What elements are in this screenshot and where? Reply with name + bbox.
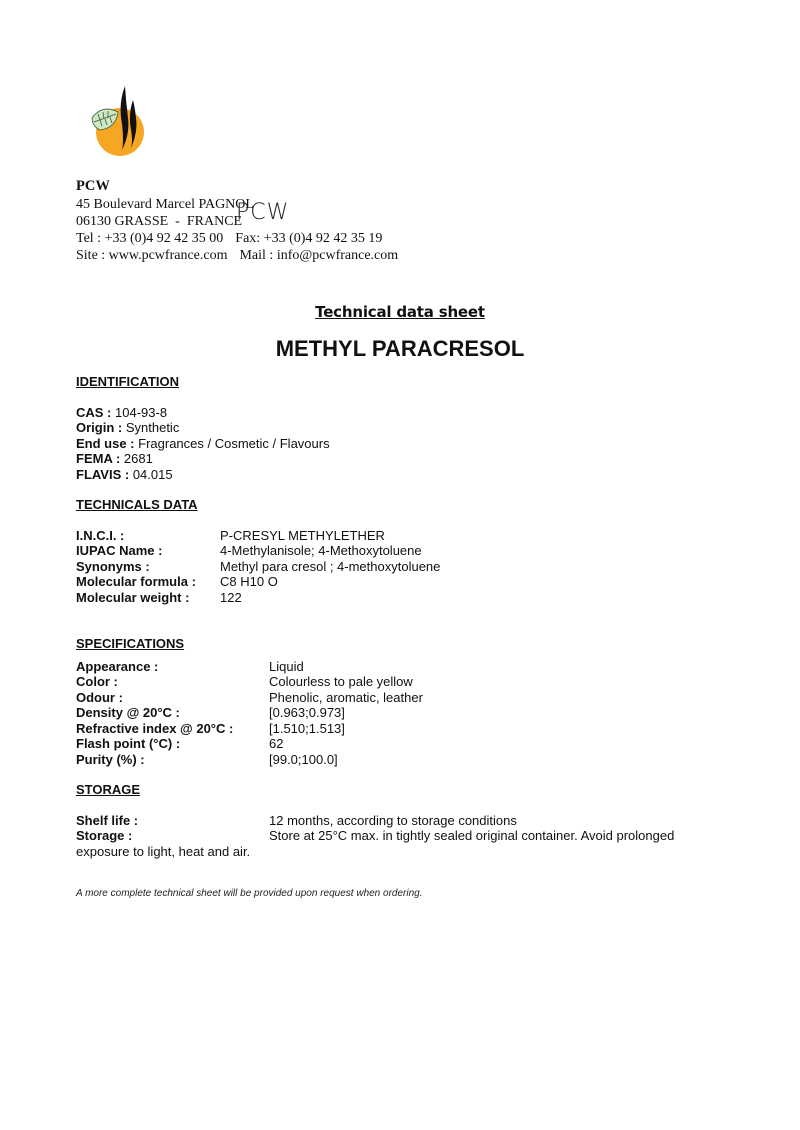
company-name: PCW: [76, 178, 398, 195]
table-row: Synonyms :Methyl para cresol ; 4-methoxy…: [76, 559, 440, 575]
company-logo: PCW: [88, 84, 218, 160]
footnote: A more complete technical sheet will be …: [76, 888, 423, 899]
phone-fax-line: Tel : +33 (0)4 92 42 35 00Fax: +33 (0)4 …: [76, 230, 398, 247]
storage-continuation: exposure to light, heat and air.: [76, 844, 716, 860]
field-value: Methyl para cresol ; 4-methoxytoluene: [220, 559, 440, 575]
field-value: P-CRESYL METHYLETHER: [220, 528, 385, 544]
address-line-2: 06130 GRASSE - FRANCE: [76, 213, 398, 230]
fax: Fax: +33 (0)4 92 42 35 19: [235, 231, 382, 246]
field-value: Phenolic, aromatic, leather: [269, 690, 423, 706]
section-title: IDENTIFICATION: [76, 374, 330, 390]
email-link[interactable]: Mail : info@pcwfrance.com: [239, 248, 398, 263]
field-value: 122: [220, 590, 242, 606]
section-title: STORAGE: [76, 782, 716, 798]
field-label: Refractive index @ 20°C :: [76, 721, 269, 737]
field-value: 12 months, according to storage conditio…: [269, 813, 517, 829]
field-value: 04.015: [133, 467, 173, 483]
table-row: Odour :Phenolic, aromatic, leather: [76, 690, 423, 706]
table-row: Refractive index @ 20°C :[1.510;1.513]: [76, 721, 423, 737]
technicals-data-section: TECHNICALS DATA I.N.C.I. :P-CRESYL METHY…: [76, 497, 440, 605]
section-title: TECHNICALS DATA: [76, 497, 440, 513]
field-value: 104-93-8: [115, 405, 167, 421]
field-label: Odour :: [76, 690, 269, 706]
product-name-title: METHYL PARACRESOL: [0, 336, 800, 362]
field-label: End use :: [76, 436, 135, 452]
field-value: C8 H10 O: [220, 574, 278, 590]
field-value: [1.510;1.513]: [269, 721, 345, 737]
field-label: Purity (%) :: [76, 752, 269, 768]
table-row: Flash point (°C) :62: [76, 736, 423, 752]
field-label: Appearance :: [76, 659, 269, 675]
website-link[interactable]: Site : www.pcwfrance.com: [76, 248, 227, 263]
web-mail-line: Site : www.pcwfrance.comMail : info@pcwf…: [76, 247, 398, 264]
field-label: Flash point (°C) :: [76, 736, 269, 752]
field-label: CAS :: [76, 405, 111, 421]
field-label: Molecular formula :: [76, 574, 220, 590]
identification-section: IDENTIFICATION CAS : 104-93-8 Origin : S…: [76, 374, 330, 482]
field-value: [0.963;0.973]: [269, 705, 345, 721]
field-label: FEMA :: [76, 451, 120, 467]
specifications-section: SPECIFICATIONS Appearance :Liquid Color …: [76, 636, 423, 767]
field-label: I.N.C.I. :: [76, 528, 220, 544]
field-value: Colourless to pale yellow: [269, 674, 413, 690]
field-value: 62: [269, 736, 283, 752]
table-row: Density @ 20°C :[0.963;0.973]: [76, 705, 423, 721]
pcw-logo-icon: [88, 84, 148, 160]
list-item: FEMA : 2681: [76, 451, 330, 467]
table-row: I.N.C.I. :P-CRESYL METHYLETHER: [76, 528, 440, 544]
field-value: [99.0;100.0]: [269, 752, 338, 768]
table-row: IUPAC Name :4-Methylanisole; 4-Methoxyto…: [76, 543, 440, 559]
list-item: Origin : Synthetic: [76, 420, 330, 436]
field-value: Synthetic: [126, 420, 179, 436]
field-label: Density @ 20°C :: [76, 705, 269, 721]
table-row: Shelf life :12 months, according to stor…: [76, 813, 716, 829]
field-label: Storage :: [76, 828, 269, 844]
table-row: Purity (%) :[99.0;100.0]: [76, 752, 423, 768]
company-info: PCW 45 Boulevard Marcel PAGNOL 06130 GRA…: [76, 178, 398, 264]
field-label: Synonyms :: [76, 559, 220, 575]
field-value: Liquid: [269, 659, 304, 675]
address-line-1: 45 Boulevard Marcel PAGNOL: [76, 196, 398, 213]
table-row: Color :Colourless to pale yellow: [76, 674, 423, 690]
field-value: Fragrances / Cosmetic / Flavours: [138, 436, 329, 452]
field-label: IUPAC Name :: [76, 543, 220, 559]
field-value: 2681: [124, 451, 153, 467]
list-item: End use : Fragrances / Cosmetic / Flavou…: [76, 436, 330, 452]
table-row: Appearance :Liquid: [76, 659, 423, 675]
section-title: SPECIFICATIONS: [76, 636, 423, 652]
table-row: Storage :Store at 25°C max. in tightly s…: [76, 828, 716, 844]
field-label: Shelf life :: [76, 813, 269, 829]
table-row: Molecular weight :122: [76, 590, 440, 606]
list-item: FLAVIS : 04.015: [76, 467, 330, 483]
field-value: 4-Methylanisole; 4-Methoxytoluene: [220, 543, 422, 559]
storage-section: STORAGE Shelf life :12 months, according…: [76, 782, 716, 859]
document-type-title: Technical data sheet: [0, 303, 800, 321]
field-label: Color :: [76, 674, 269, 690]
field-label: FLAVIS :: [76, 467, 129, 483]
list-item: CAS : 104-93-8: [76, 405, 330, 421]
field-label: Origin :: [76, 420, 122, 436]
phone: Tel : +33 (0)4 92 42 35 00: [76, 231, 223, 246]
field-label: Molecular weight :: [76, 590, 220, 606]
field-value: Store at 25°C max. in tightly sealed ori…: [269, 828, 674, 844]
table-row: Molecular formula :C8 H10 O: [76, 574, 440, 590]
